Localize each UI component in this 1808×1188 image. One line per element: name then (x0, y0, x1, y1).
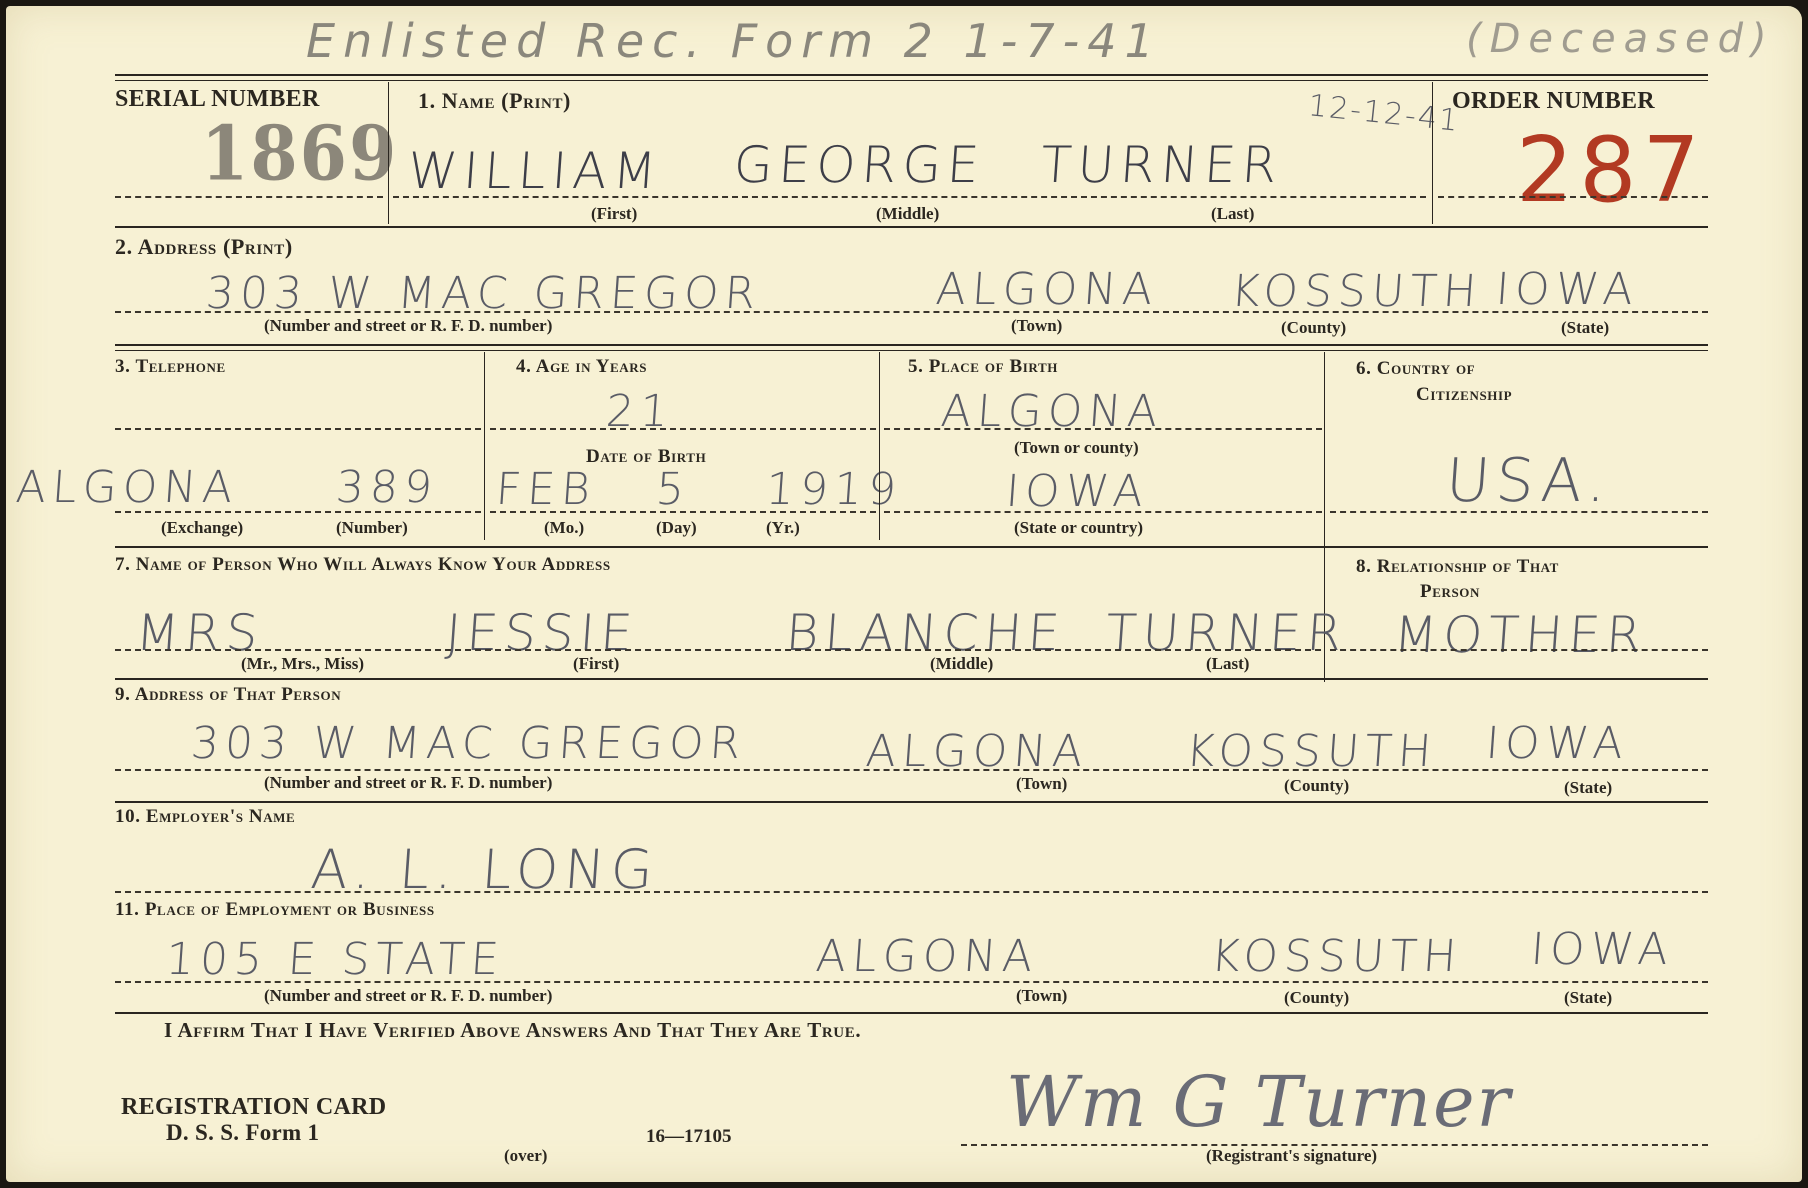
telephone-dash (115, 428, 481, 430)
employment-street: 105 E STATE (164, 934, 506, 985)
serial-number-label: SERIAL NUMBER (115, 86, 320, 113)
top-rule (115, 74, 1708, 76)
citizenship-label-2: Citizenship (1416, 384, 1512, 406)
employment-label: 11. Place of Employment or Business (115, 899, 435, 921)
rule (115, 678, 1708, 680)
contact-address-label: 9. Address of That Person (115, 684, 341, 706)
name-dash (393, 196, 1426, 198)
footer-over: (over) (504, 1146, 547, 1166)
age-label: 4. Age in Years (516, 356, 647, 378)
relationship-label: 8. Relationship of That (1356, 556, 1559, 578)
annotation-date-note: 12-12-41 (1307, 88, 1462, 139)
contact-address-street-caption: (Number and street or R. F. D. number) (264, 773, 552, 793)
dob-year-caption: (Yr.) (766, 518, 800, 538)
order-number-label: ORDER NUMBER (1452, 88, 1655, 115)
age-dash (490, 428, 876, 430)
rule (115, 801, 1708, 803)
footer-form: D. S. S. Form 1 (166, 1120, 319, 1146)
dob-month: FEB (494, 464, 597, 515)
citizenship-label: 6. Country of (1356, 358, 1475, 380)
address-street-caption: (Number and street or R. F. D. number) (264, 316, 552, 336)
contact-title-caption: (Mr., Mrs., Miss) (241, 654, 364, 674)
divider (879, 352, 880, 540)
footer-title: REGISTRATION CARD (121, 1094, 386, 1121)
dob-dash (490, 511, 876, 513)
citizenship-dash (1330, 511, 1708, 513)
relationship-value: MOTHER (1392, 606, 1649, 664)
employer-label: 10. Employer's Name (115, 806, 295, 828)
address-dash (115, 311, 1708, 313)
birthplace-dash (884, 428, 1322, 430)
birthplace-state: IOWA (1004, 466, 1150, 517)
contact-label: 7. Name of Person Who Will Always Know Y… (115, 554, 611, 576)
telephone-label: 3. Telephone (115, 356, 226, 378)
contact-address-dash (115, 769, 1708, 771)
employer-dash (115, 891, 1708, 893)
contact-address-county-caption: (County) (1284, 776, 1349, 796)
employment-state: IOWA (1529, 924, 1675, 975)
employment-town-caption: (Town) (1016, 986, 1067, 1006)
relationship-dash (1330, 649, 1708, 651)
address-state-caption: (State) (1561, 318, 1609, 338)
contact-address-town-caption: (Town) (1016, 774, 1067, 794)
rule (115, 226, 1708, 228)
telephone-exchange-caption: (Exchange) (161, 518, 243, 538)
dob-day: 5 (654, 464, 692, 515)
address-town: ALGONA (934, 264, 1160, 315)
serial-number-value: 1869 (201, 110, 398, 198)
rule (115, 344, 1708, 346)
annotation-deceased: (Deceased) (1466, 16, 1775, 62)
employment-state-caption: (State) (1564, 988, 1612, 1008)
telephone-number: 389 (334, 462, 440, 513)
divider (1432, 82, 1433, 224)
employment-street-caption: (Number and street or R. F. D. number) (264, 986, 552, 1006)
contact-address-state: IOWA (1484, 718, 1630, 769)
order-number-value: 287 (1516, 118, 1706, 223)
address-county-caption: (County) (1281, 318, 1346, 338)
employment-county: KOSSUTH (1209, 931, 1464, 982)
signature-caption: (Registrant's signature) (1206, 1146, 1377, 1166)
rule (115, 350, 1708, 351)
top-rule-2 (115, 80, 1708, 81)
name-middle: GEORGE (732, 136, 987, 194)
address-state: IOWA (1494, 264, 1640, 315)
contact-middle-caption: (Middle) (930, 654, 993, 674)
divider (484, 352, 485, 540)
contact-first-caption: (First) (573, 654, 619, 674)
birthplace-town-caption: (Town or county) (1014, 438, 1139, 458)
telephone-dash-2 (115, 511, 481, 513)
address-label: 2. Address (Print) (115, 234, 293, 260)
citizenship-value: USA. (1444, 446, 1615, 516)
telephone-exchange: ALGONA (14, 462, 240, 513)
address-county: KOSSUTH (1229, 266, 1484, 317)
employment-dash (115, 981, 1708, 983)
contact-address-street: 303 W MAC GREGOR (189, 718, 748, 769)
registrant-signature: Wm G Turner (1006, 1061, 1512, 1143)
dob-month-caption: (Mo.) (544, 518, 584, 538)
birthplace-dash-2 (884, 511, 1322, 513)
name-last: TURNER (1039, 136, 1285, 194)
name-first: WILLIAM (406, 142, 664, 200)
birthplace-label: 5. Place of Birth (908, 356, 1058, 378)
contact-dash (115, 649, 1321, 651)
order-dash (1438, 196, 1708, 198)
footer-code: 16—17105 (646, 1126, 732, 1148)
relationship-label-2: Person (1420, 581, 1480, 603)
contact-address-state-caption: (State) (1564, 778, 1612, 798)
birthplace-state-caption: (State or country) (1014, 518, 1143, 538)
rule (115, 546, 1708, 548)
contact-middle: BLANCHE (784, 604, 1068, 662)
contact-last-caption: (Last) (1206, 654, 1249, 674)
employment-county-caption: (County) (1284, 988, 1349, 1008)
name-label: 1. Name (Print) (418, 88, 571, 114)
serial-dash (115, 196, 383, 198)
name-first-caption: (First) (591, 204, 637, 224)
address-town-caption: (Town) (1011, 316, 1062, 336)
name-middle-caption: (Middle) (876, 204, 939, 224)
employment-town: ALGONA (814, 931, 1040, 982)
rule (115, 1012, 1708, 1014)
affirmation-text: I Affirm That I Have Verified Above Answ… (164, 1018, 861, 1043)
name-last-caption: (Last) (1211, 204, 1254, 224)
annotation-enlisted: Enlisted Rec. Form 2 1-7-41 (306, 14, 1162, 68)
divider (388, 82, 389, 224)
dob-day-caption: (Day) (656, 518, 697, 538)
dob-year: 1919 (764, 464, 904, 515)
registration-card: Enlisted Rec. Form 2 1-7-41 (Deceased) 1… (6, 6, 1802, 1182)
telephone-number-caption: (Number) (336, 518, 408, 538)
